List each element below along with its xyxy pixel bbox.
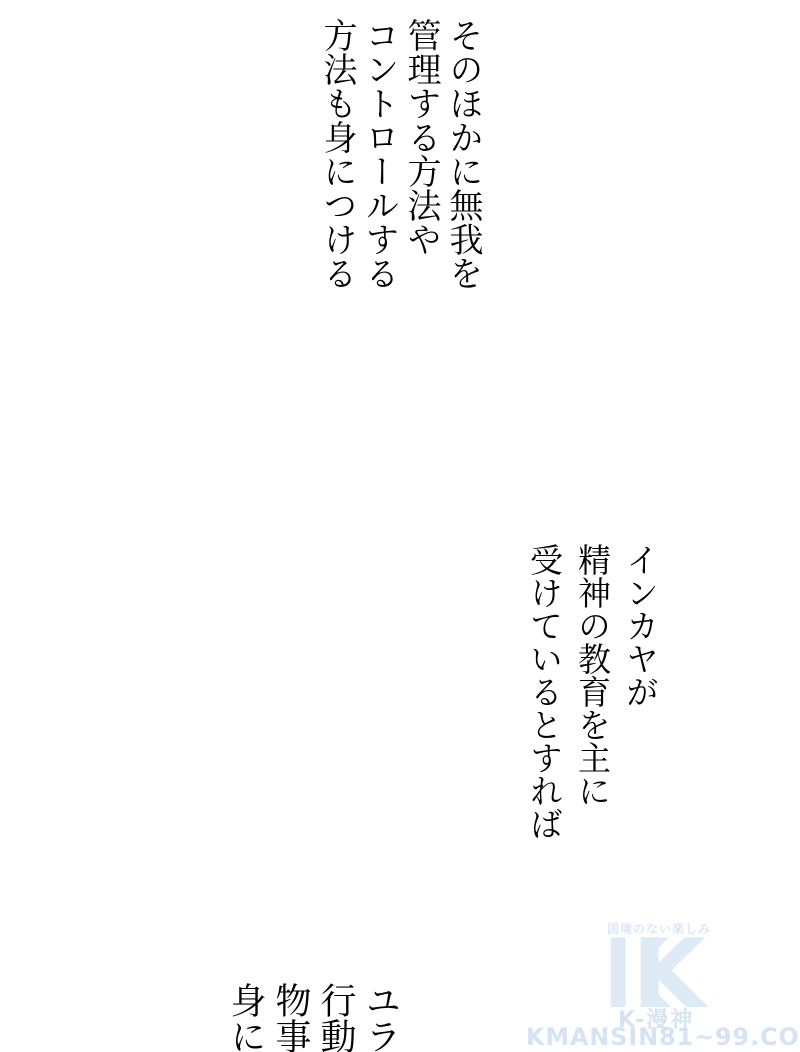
dialogue-line: 身に: [223, 982, 268, 1052]
dialogue-line: 方法も身につける: [316, 18, 358, 290]
dialogue-line: 行動: [313, 982, 358, 1052]
dialogue-bottom-cutoff: ユラ 行動 物事 身に: [223, 982, 403, 1052]
watermark-url: KMANSIN81~99.COM: [526, 1023, 800, 1051]
dialogue-line: インカヤが: [616, 543, 664, 840]
dialogue-middle: インカヤが 精神の教育を主に 受けているとすれば: [520, 543, 664, 840]
dialogue-line: 物事: [268, 982, 313, 1052]
dialogue-line: コントロールする: [358, 18, 400, 290]
dialogue-top: そのほかに無我を 管理する方法や コントロールする 方法も身につける: [316, 18, 484, 290]
dialogue-line: 受けているとすれば: [520, 543, 568, 840]
manga-page: そのほかに無我を 管理する方法や コントロールする 方法も身につける インカヤが…: [0, 0, 800, 1052]
dialogue-line: 管理する方法や: [400, 18, 442, 290]
dialogue-line: ユラ: [358, 982, 403, 1052]
dialogue-line: 精神の教育を主に: [568, 543, 616, 840]
dialogue-line: そのほかに無我を: [442, 18, 484, 290]
